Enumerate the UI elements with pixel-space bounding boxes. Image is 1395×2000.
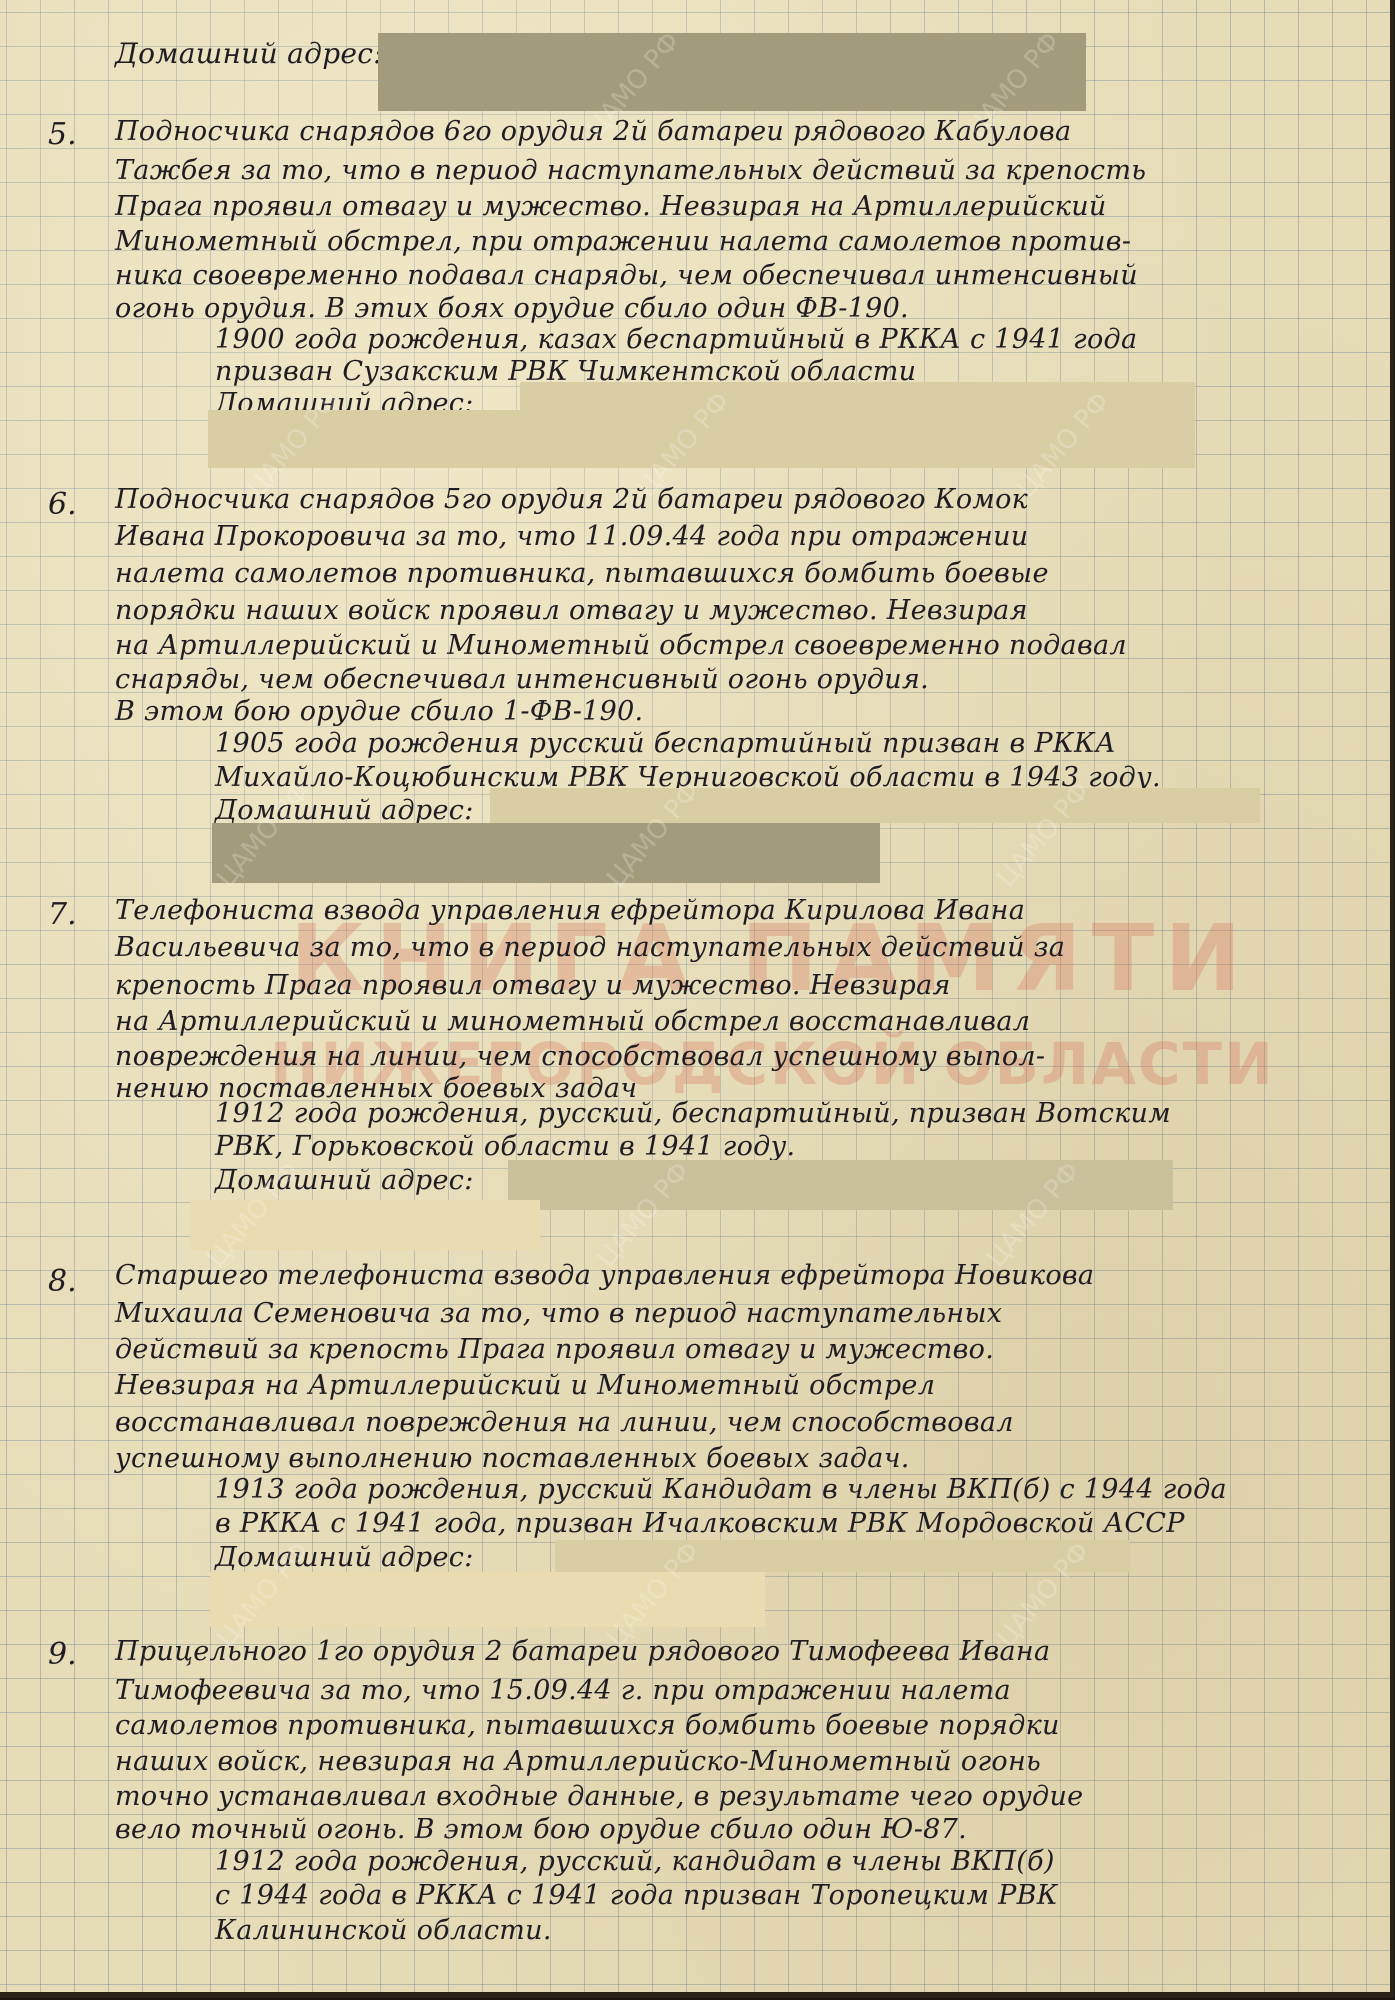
address-label: Домашний адрес: <box>215 1544 474 1571</box>
redacted-address <box>208 410 1195 468</box>
top-address-label: Домашний адрес: <box>115 40 383 68</box>
entry-line: самолетов противника, пытавшихся бомбить… <box>115 1712 1060 1739</box>
entry-line: порядки наших войск проявил отвагу и муж… <box>115 597 1028 624</box>
bio-line: 1905 года рождения русский беспартийный … <box>215 730 1116 757</box>
entry-line: снаряды, чем обеспечивал интенсивный ого… <box>115 666 929 693</box>
entry-line: В этом бою орудие сбило 1-ФВ-190. <box>115 698 643 725</box>
entry-line: Ивана Прокоровича за то, что 11.09.44 го… <box>115 523 1029 550</box>
bio-line: 1913 года рождения, русский Кандидат в ч… <box>215 1476 1227 1503</box>
bio-line: РВК, Горьковской области в 1941 году. <box>215 1133 795 1160</box>
entry-number: 9. <box>48 1640 77 1670</box>
entry-line: Прицельного 1го орудия 2 батареи рядовог… <box>115 1638 1050 1665</box>
entry-line: Подносчика снарядов 5го орудия 2й батаре… <box>115 486 1028 513</box>
bio-line: с 1944 года в РККА с 1941 года призван Т… <box>215 1882 1058 1909</box>
bio-line: 1912 года рождения, русский, кандидат в … <box>215 1848 1055 1875</box>
entry-number: 5. <box>48 120 77 150</box>
entry-line: наших войск, невзирая на Артиллерийско-М… <box>115 1748 1041 1775</box>
redacted-address <box>555 1540 1130 1572</box>
entry-line: действий за крепость Прага проявил отваг… <box>115 1336 994 1363</box>
entry-line: налета самолетов противника, пытавшихся … <box>115 560 1049 587</box>
entry-line: Старшего телефониста взвода управления е… <box>115 1262 1094 1289</box>
bio-line: 1900 года рождения, казах беспартийный в… <box>215 326 1137 353</box>
address-label: Домашний адрес: <box>215 797 474 824</box>
bio-line: 1912 года рождения, русский, беспартийны… <box>215 1100 1171 1127</box>
entry-line: Васильевича за то, что в период наступат… <box>115 934 1065 961</box>
entry-line: Подносчика снарядов 6го орудия 2й батаре… <box>115 118 1071 145</box>
entry-line: повреждения на линии, чем способствовал … <box>115 1043 1045 1070</box>
redacted-address <box>190 1200 540 1250</box>
bio-line: в РККА с 1941 года, призван Ичалковским … <box>215 1510 1185 1537</box>
entry-line: Телефониста взвода управления ефрейтора … <box>115 897 1025 924</box>
redacted-address <box>210 1572 765 1627</box>
address-label: Домашний адрес: <box>215 1167 474 1194</box>
redacted-address <box>212 823 880 883</box>
entry-line: огонь орудия. В этих боях орудие сбило о… <box>115 295 909 322</box>
entry-line: восстанавливал повреждения на линии, чем… <box>115 1409 1014 1436</box>
entry-line: вело точный огонь. В этом бою орудие сби… <box>115 1816 967 1843</box>
entry-line: Тимофеевича за то, что 15.09.44 г. при о… <box>115 1677 1011 1704</box>
entry-line: крепость Прага проявил отвагу и мужество… <box>115 972 951 999</box>
entry-line: Невзирая на Артиллерийский и Минометный … <box>115 1372 935 1399</box>
bio-line: призван Сузакским РВК Чимкентской област… <box>215 358 916 385</box>
bio-line: Михайло-Коцюбинским РВК Черниговской обл… <box>215 764 1161 791</box>
entry-line: Тажбея за то, что в период наступательны… <box>115 157 1146 184</box>
entry-line: успешному выполнению поставленных боевых… <box>115 1445 910 1472</box>
redacted-address <box>490 788 1260 823</box>
entry-number: 7. <box>48 900 77 930</box>
redacted-address <box>508 1160 1173 1210</box>
entry-line: на Артиллерийский и Минометный обстрел с… <box>115 632 1127 659</box>
entry-line: ника своевременно подавал снаряды, чем о… <box>115 262 1138 289</box>
entry-line: точно устанавливал входные данные, в рез… <box>115 1783 1083 1810</box>
entry-line: Минометный обстрел, при отражении налета… <box>115 228 1131 255</box>
document-page: Домашний адрес: 5. Подносчика снарядов 6… <box>0 0 1394 1998</box>
entry-line: Михаила Семеновича за то, что в период н… <box>115 1300 1002 1327</box>
bio-line: Калининской области. <box>215 1917 552 1944</box>
entry-line: Прага проявил отвагу и мужество. Невзира… <box>115 193 1107 220</box>
entry-number: 8. <box>48 1267 77 1297</box>
redacted-address <box>520 382 1195 410</box>
redacted-address <box>378 33 1086 111</box>
entry-line: на Артиллерийский и минометный обстрел в… <box>115 1008 1030 1035</box>
entry-number: 6. <box>48 490 77 520</box>
